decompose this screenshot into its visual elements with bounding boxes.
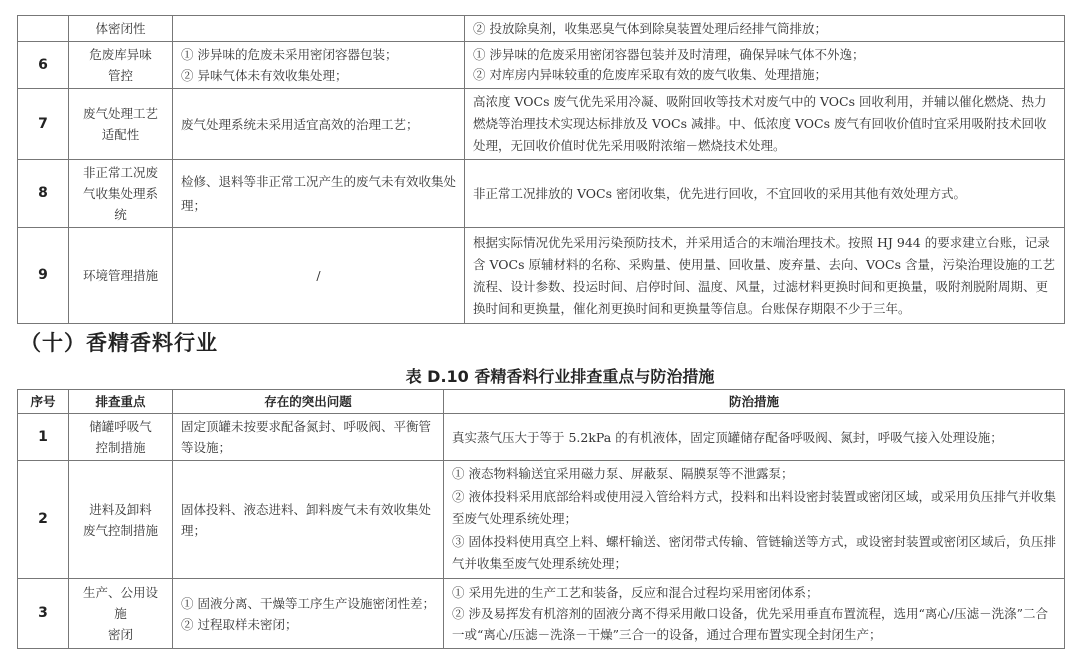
- table-row: 6 危废库异味 管控 ① 涉异味的危废未采用密闭容器包装； ② 异味气体未有效收…: [18, 42, 1065, 89]
- measures-cell: 根据实际情况优先采用污染预防技术，并采用适合的末端治理技术。按照 HJ 944 …: [465, 228, 1065, 324]
- header-inspection-focus: 排查重点: [69, 390, 173, 414]
- table-row: 9 环境管理措施 / 根据实际情况优先采用污染预防技术，并采用适合的末端治理技术…: [18, 228, 1065, 324]
- problem-cell: ① 涉异味的危废未采用密闭容器包装； ② 异味气体未有效收集处理；: [173, 42, 465, 89]
- problem-cell: ① 固液分离、干燥等工序生产设施密闭性差； ② 过程取样未密闭；: [173, 579, 444, 649]
- table-row: 8 非正常工况废 气收集处理系 统 检修、退料等非正常工况产生的废气未有效收集处…: [18, 160, 1065, 228]
- row-number: 8: [18, 160, 69, 228]
- table-row: 7 废气处理工艺 适配性 废气处理系统未采用适宜高效的治理工艺； 高浓度 VOC…: [18, 89, 1065, 160]
- measures-cell: 真实蒸气压大于等于 5.2kPa 的有机液体，固定顶罐储存配备呼吸阀、氮封，呼吸…: [444, 414, 1065, 461]
- measures-cell: 非正常工况排放的 VOCs 密闭收集，优先进行回收，不宜回收的采用其他有效处理方…: [465, 160, 1065, 228]
- header-measures: 防治措施: [444, 390, 1065, 414]
- problem-cell: 检修、退料等非正常工况产生的废气未有效收集处理；: [173, 160, 465, 228]
- previous-table-continuation: 体密闭性 ② 投放除臭剂，收集恶臭气体到除臭装置处理后经排气筒排放； 6 危废库…: [17, 15, 1065, 324]
- measures-cell: ② 投放除臭剂，收集恶臭气体到除臭装置处理后经排气筒排放；: [465, 16, 1065, 42]
- problem-cell: [173, 16, 465, 42]
- table-row: 1 储罐呼吸气 控制措施 固定顶罐未按要求配备氮封、呼吸阀、平衡管等设施； 真实…: [18, 414, 1065, 461]
- table-caption: 表 D.10 香精香料行业排查重点与防治措施: [0, 364, 1080, 387]
- row-number: 3: [18, 579, 69, 649]
- table-header-row: 序号 排查重点 存在的突出问题 防治措施: [18, 390, 1065, 414]
- table-row: 体密闭性 ② 投放除臭剂，收集恶臭气体到除臭装置处理后经排气筒排放；: [18, 16, 1065, 42]
- header-problems: 存在的突出问题: [173, 390, 444, 414]
- row-number: 1: [18, 414, 69, 461]
- inspection-focus: 体密闭性: [69, 16, 173, 42]
- problem-cell: 废气处理系统未采用适宜高效的治理工艺；: [173, 89, 465, 160]
- row-number: 6: [18, 42, 69, 89]
- measures-cell: 高浓度 VOCs 废气优先采用冷凝、吸附回收等技术对废气中的 VOCs 回收利用…: [465, 89, 1065, 160]
- row-number: 7: [18, 89, 69, 160]
- row-number: 2: [18, 461, 69, 579]
- table-d10: 序号 排查重点 存在的突出问题 防治措施 1 储罐呼吸气 控制措施 固定顶罐未按…: [17, 389, 1065, 649]
- table-row: 2 进料及卸料 废气控制措施 固体投料、液态进料、卸料废气未有效收集处理； ① …: [18, 461, 1065, 579]
- problem-cell: /: [173, 228, 465, 324]
- row-number: [18, 16, 69, 42]
- inspection-focus: 生产、公用设施 密闭: [69, 579, 173, 649]
- inspection-focus: 环境管理措施: [69, 228, 173, 324]
- inspection-focus: 储罐呼吸气 控制措施: [69, 414, 173, 461]
- row-number: 9: [18, 228, 69, 324]
- measures-cell: ① 涉异味的危废采用密闭容器包装并及时清理，确保异味气体不外逸； ② 对库房内异…: [465, 42, 1065, 89]
- problem-cell: 固体投料、液态进料、卸料废气未有效收集处理；: [173, 461, 444, 579]
- inspection-focus: 非正常工况废 气收集处理系 统: [69, 160, 173, 228]
- section-heading: （十）香精香料行业: [20, 327, 218, 357]
- measures-cell: ① 液态物料输送宜采用磁力泵、屏蔽泵、隔膜泵等不泄露泵； ② 液体投料采用底部给…: [444, 461, 1065, 579]
- problem-cell: 固定顶罐未按要求配备氮封、呼吸阀、平衡管等设施；: [173, 414, 444, 461]
- inspection-focus: 危废库异味 管控: [69, 42, 173, 89]
- table-row: 3 生产、公用设施 密闭 ① 固液分离、干燥等工序生产设施密闭性差； ② 过程取…: [18, 579, 1065, 649]
- header-serial: 序号: [18, 390, 69, 414]
- inspection-focus: 进料及卸料 废气控制措施: [69, 461, 173, 579]
- measures-cell: ① 采用先进的生产工艺和装备，反应和混合过程均采用密闭体系； ② 涉及易挥发有机…: [444, 579, 1065, 649]
- inspection-focus: 废气处理工艺 适配性: [69, 89, 173, 160]
